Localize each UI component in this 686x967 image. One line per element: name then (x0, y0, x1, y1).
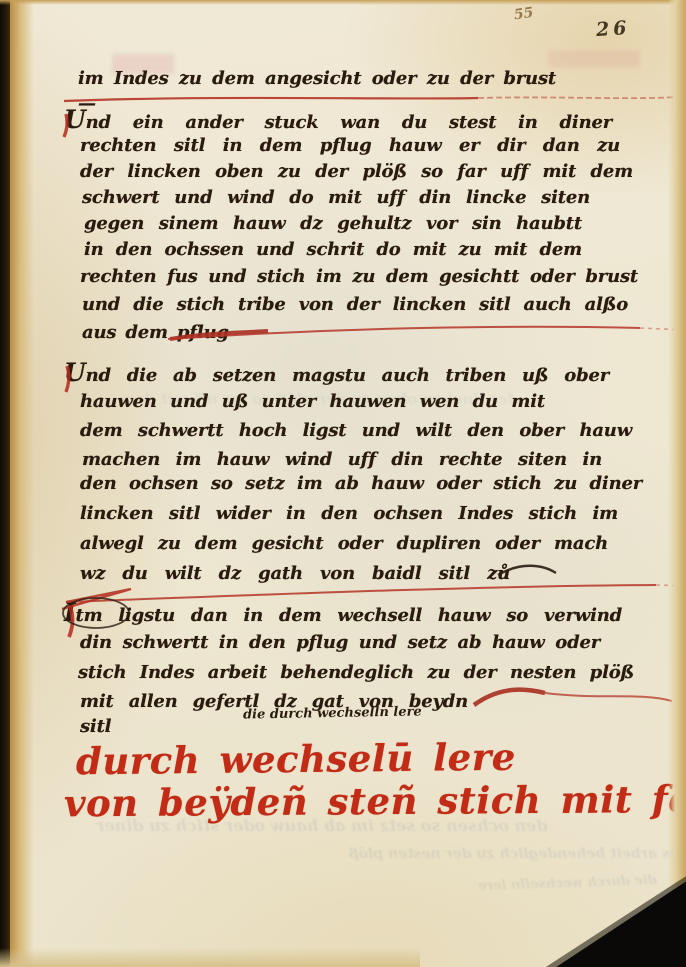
manuscript-line: alwegl zu dem gesicht oder dupliren oder… (80, 531, 608, 558)
rubric-guide-note: die durch wechselln lere (243, 704, 422, 722)
manuscript-line: lincken sitl wider in den ochsen Indes s… (80, 501, 618, 528)
manuscript-line: Und ein ander stuck wan du stest in dine… (64, 107, 612, 134)
manuscript-photo: der lincken oben zu der plöß so far uff … (0, 0, 686, 967)
page-gutter-edge (10, 0, 34, 967)
manuscript-line: der lincken oben zu der plöß so far uff … (80, 159, 633, 186)
manuscript-line: dem schwertt hoch ligst und wilt den obe… (80, 418, 632, 445)
manuscript-line: hauwen und uß unter hauwen wen du mit (80, 389, 545, 416)
page-right-edge (668, 0, 686, 892)
manuscript-line: wz du wilt dz gath von baidl sitl zů (80, 561, 510, 588)
corner-number: 26 (595, 17, 631, 41)
binding-edge (0, 0, 10, 967)
rubric-heading-line: von beÿdeñ steñ stich mit fed (64, 778, 686, 825)
showthrough-text: die durch wechselln lere (478, 873, 657, 894)
rubric-heading-line: durch wechselū lere (76, 736, 516, 783)
manuscript-line: aus dem pflug (82, 320, 229, 347)
manuscript-line: schwert und wind do mit uff din lincke s… (82, 185, 590, 212)
showthrough-text: stich Indes arbeit behendeglich zu der n… (348, 846, 686, 862)
manuscript-line: im Indes zu dem angesicht oder zu der br… (78, 66, 556, 93)
manuscript-line: rechten sitl in dem pflug hauw er dir da… (80, 133, 620, 160)
manuscript-line: in den ochssen und schrit do mit zu mit … (84, 237, 582, 264)
manuscript-line: und die stich tribe von der lincken sitl… (82, 292, 628, 319)
page-top-edge (0, 0, 686, 5)
showthrough-red-patch (548, 50, 640, 68)
manuscript-line: din schwertt in den pflug und setz ab ha… (80, 630, 600, 657)
manuscript-line: Und die ab setzen magstu auch triben uß … (64, 360, 609, 387)
manuscript-line: gegen sinem hauw dz gehultz vor sin haub… (84, 211, 582, 238)
page-bottom-edge (0, 948, 420, 967)
manuscript-line: Itm ligstu dan in dem wechsell hauw so v… (64, 600, 622, 627)
manuscript-line: den ochsen so setz im ab hauw oder stich… (80, 471, 642, 498)
manuscript-line: stich Indes arbeit behendeglich zu der n… (78, 660, 634, 687)
manuscript-line: machen im hauw wind uff din rechte siten… (82, 447, 602, 474)
folio-number: 55 (513, 5, 535, 24)
manuscript-line: rechten fus und stich im zu dem gesichtt… (80, 264, 638, 291)
